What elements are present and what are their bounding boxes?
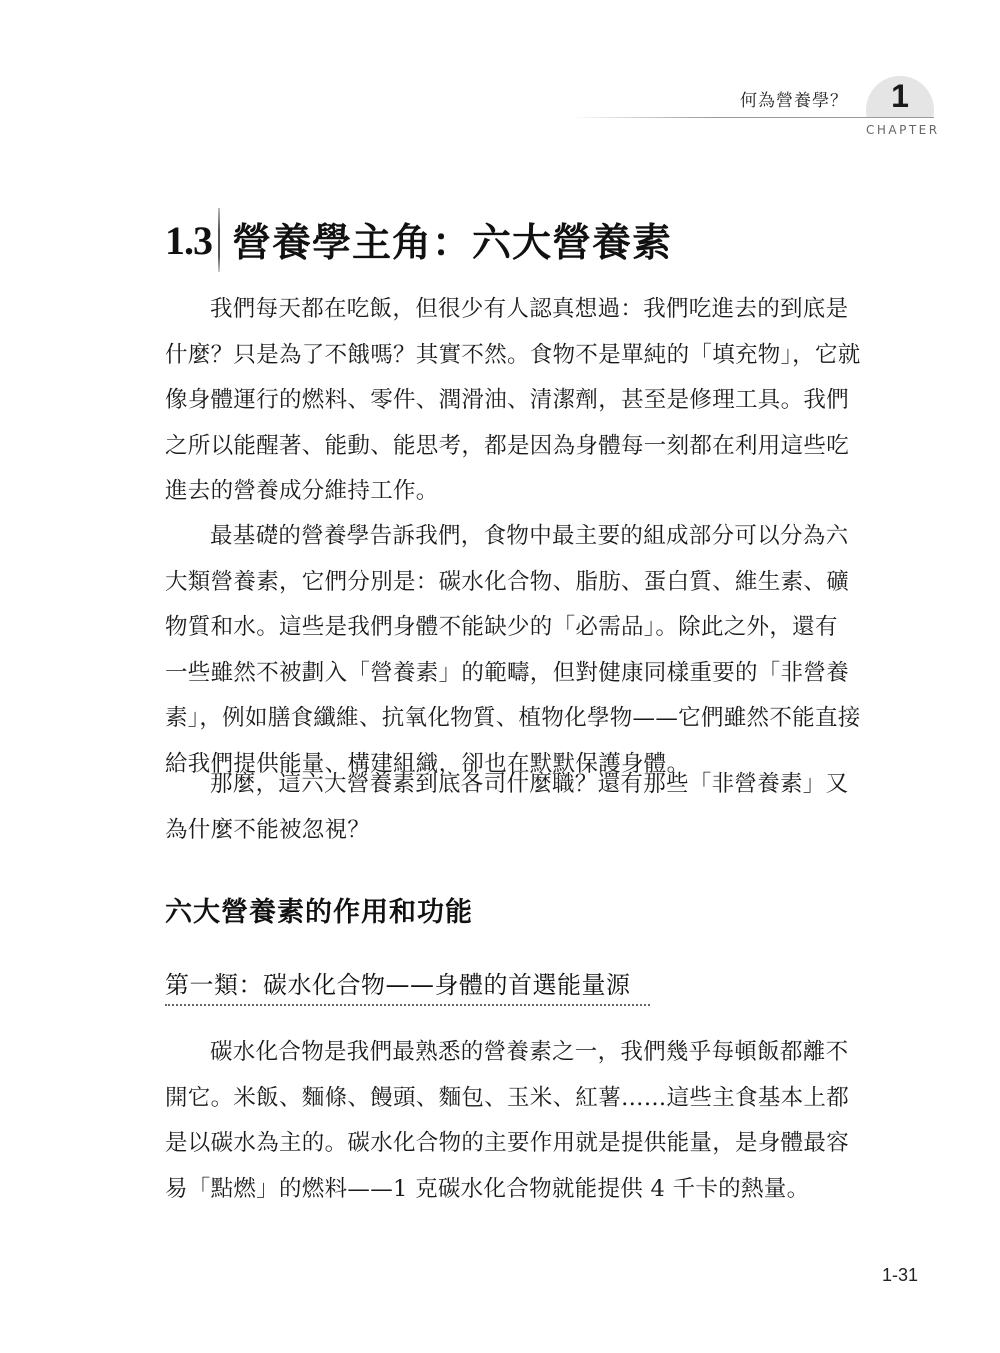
running-head-rule [570, 117, 934, 118]
paragraph-line: 進去的營養成分維持工作。 [165, 469, 859, 515]
paragraph-line: 易「點燃」的燃料——1 克碳水化合物就能提供 4 千卡的熱量。 [165, 1167, 859, 1213]
paragraph-line: 一些雖然不被劃入「營養素」的範疇，但對健康同樣重要的「非營養 [165, 651, 859, 697]
subsection-heading: 六大營養素的作用和功能 [165, 890, 473, 929]
subsubsection-heading: 第一類：碳水化合物——身體的首選能量源 [165, 965, 650, 1006]
section-divider [218, 208, 220, 272]
paragraph-line: 最基礎的營養學告訴我們，食物中最主要的組成部分可以分為六 [165, 514, 859, 560]
paragraph-3: 那麼，這六大營養素到底各司什麼職？還有那些「非營養素」又 為什麼不能被忽視？ [165, 762, 859, 853]
paragraph-line: 碳水化合物是我們最熟悉的營養素之一，我們幾乎每頓飯都離不 [165, 1030, 859, 1076]
paragraph-line: 之所以能醒著、能動、能思考，都是因為身體每一刻都在利用這些吃 [165, 424, 859, 470]
paragraph-line: 為什麼不能被忽視？ [165, 808, 859, 854]
page-number: 1-31 [882, 1265, 918, 1286]
section-heading: 營養學主角：六大營養素 [232, 212, 672, 268]
section-title: 1.3 營養學主角：六大營養素 [165, 208, 672, 272]
chapter-label: CHAPTER [866, 123, 934, 137]
section-number: 1.3 [165, 217, 212, 264]
running-head: 何為營養學？ 1 CHAPTER [0, 0, 1000, 150]
running-head-title: 何為營養學？ [740, 86, 848, 111]
paragraph-line: 我們每天都在吃飯，但很少有人認真想過：我們吃進去的到底是 [165, 287, 859, 333]
paragraph-line: 物質和水。這些是我們身體不能缺少的「必需品」。除此之外，還有 [165, 605, 859, 651]
paragraph-4: 碳水化合物是我們最熟悉的營養素之一，我們幾乎每頓飯都離不 開它。米飯、麵條、饅頭… [165, 1030, 859, 1212]
paragraph-line: 素」，例如膳食纖維、抗氧化物質、植物化學物——它們雖然不能直接 [165, 696, 859, 742]
chapter-number: 1 [866, 78, 934, 115]
paragraph-line: 開它。米飯、麵條、饅頭、麵包、玉米、紅薯……這些主食基本上都 [165, 1076, 859, 1122]
paragraph-line: 像身體運行的燃料、零件、潤滑油、清潔劑，甚至是修理工具。我們 [165, 378, 859, 424]
paragraph-1: 我們每天都在吃飯，但很少有人認真想過：我們吃進去的到底是 什麼？只是為了不餓嗎？… [165, 287, 859, 515]
paragraph-line: 是以碳水為主的。碳水化合物的主要作用就是提供能量，是身體最容 [165, 1121, 859, 1167]
paragraph-line: 大類營養素，它們分別是：碳水化合物、脂肪、蛋白質、維生素、礦 [165, 560, 859, 606]
paragraph-line: 什麼？只是為了不餓嗎？其實不然。食物不是單純的「填充物」，它就 [165, 333, 859, 379]
paragraph-2: 最基礎的營養學告訴我們，食物中最主要的組成部分可以分為六 大類營養素，它們分別是… [165, 514, 859, 787]
paragraph-line: 那麼，這六大營養素到底各司什麼職？還有那些「非營養素」又 [165, 762, 859, 808]
